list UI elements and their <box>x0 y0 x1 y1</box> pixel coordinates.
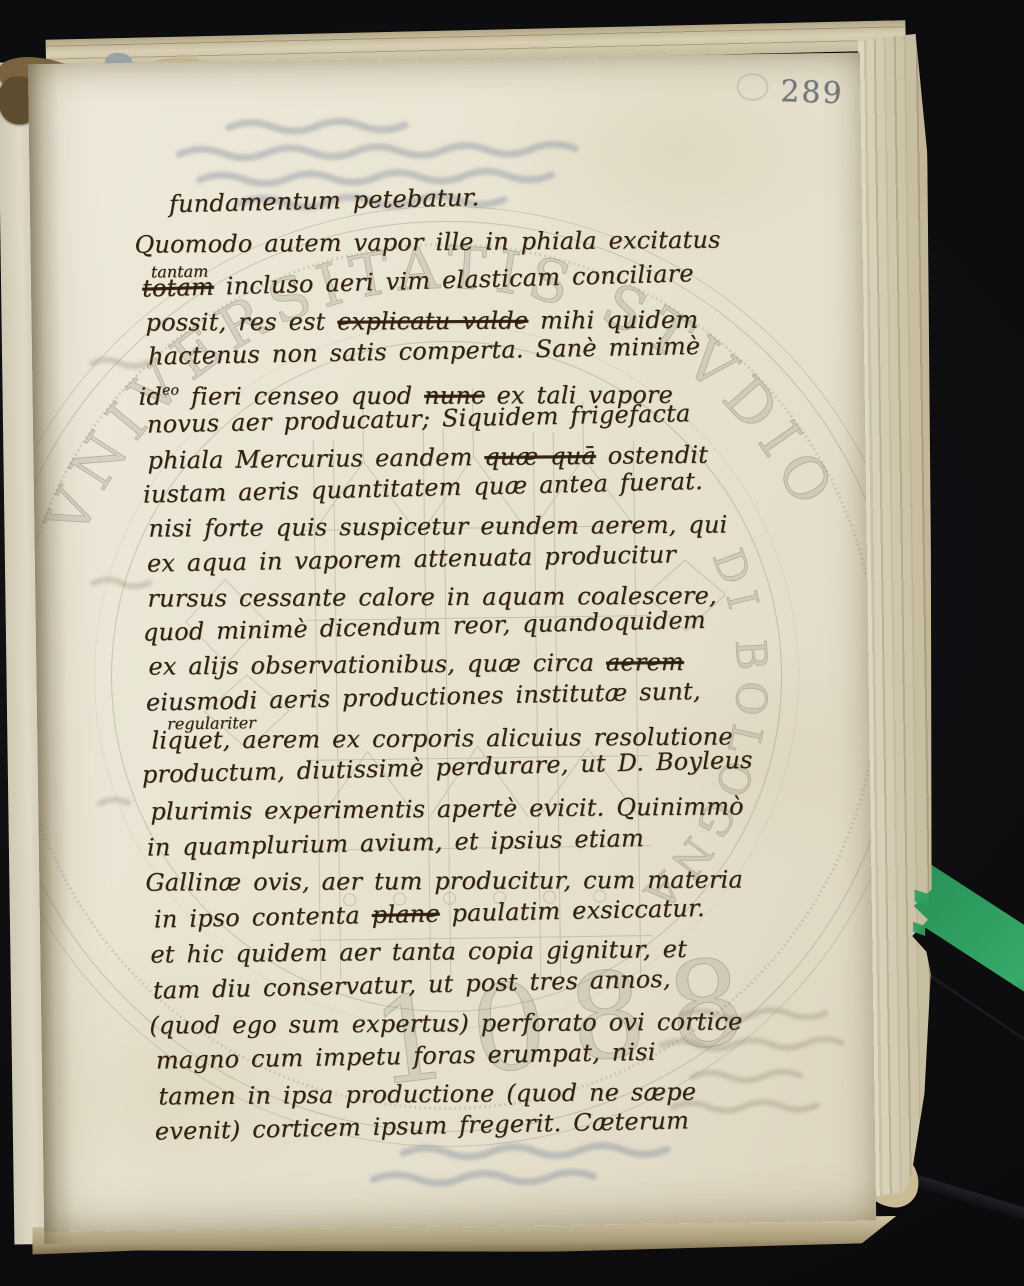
manuscript-line: fundamentum petebatur. <box>169 183 480 218</box>
manuscript-line: et hic quidem aer tanta copia gignitur, … <box>150 935 687 969</box>
open-book: VNIVERSITATIS STVDIORVM DI BOLOGNA 1088 <box>0 7 957 1264</box>
manuscript-line: hactenus non satis comperta. Sanè minimè <box>148 332 701 371</box>
manuscript-line: ex alijs observationibus, quæ circa aere… <box>148 648 684 681</box>
manuscript-text: fundamentum petebatur.Quomodo autem vapo… <box>28 53 876 1233</box>
manuscript-line: ex aqua in vaporem attenuata producitur <box>147 540 677 577</box>
manuscript-line: plurimis experimentis apertè evicit. Qui… <box>150 792 744 825</box>
manuscript-line: tamen in ipsa productione (quod ne sæpe <box>158 1078 696 1111</box>
manuscript-line: in ipso contenta plane paulatim exsiccat… <box>154 894 705 934</box>
manuscript-line: evenit) corticem ipsum fregerit. Cæterum <box>155 1106 690 1145</box>
manuscript-line: Gallinæ ovis, aer tum producitur, cum ma… <box>145 866 743 897</box>
manuscript-line: in quamplurium avium, et ipsius etiam <box>147 824 645 862</box>
manuscript-page: VNIVERSITATIS STVDIORVM DI BOLOGNA 1088 <box>28 53 876 1233</box>
manuscript-line: totam incluso aeri vim elasticam concili… <box>142 259 694 302</box>
scan-scene: VNIVERSITATIS STVDIORVM DI BOLOGNA 1088 <box>0 0 1024 1286</box>
manuscript-line: tam diu conservatur, ut post tres annos, <box>153 965 671 1005</box>
manuscript-line: nisi forte quis suspicetur eundem aerem,… <box>148 511 727 543</box>
manuscript-line: possit, res est explicatu valde mihi qui… <box>146 306 699 337</box>
manuscript-line: Quomodo autem vapor ille in phiala excit… <box>134 226 720 259</box>
manuscript-line: magno cum impetu foras erumpat, nisi <box>156 1038 656 1075</box>
manuscript-line: (quod ego sum expertus) perforato ovi co… <box>149 1007 742 1039</box>
